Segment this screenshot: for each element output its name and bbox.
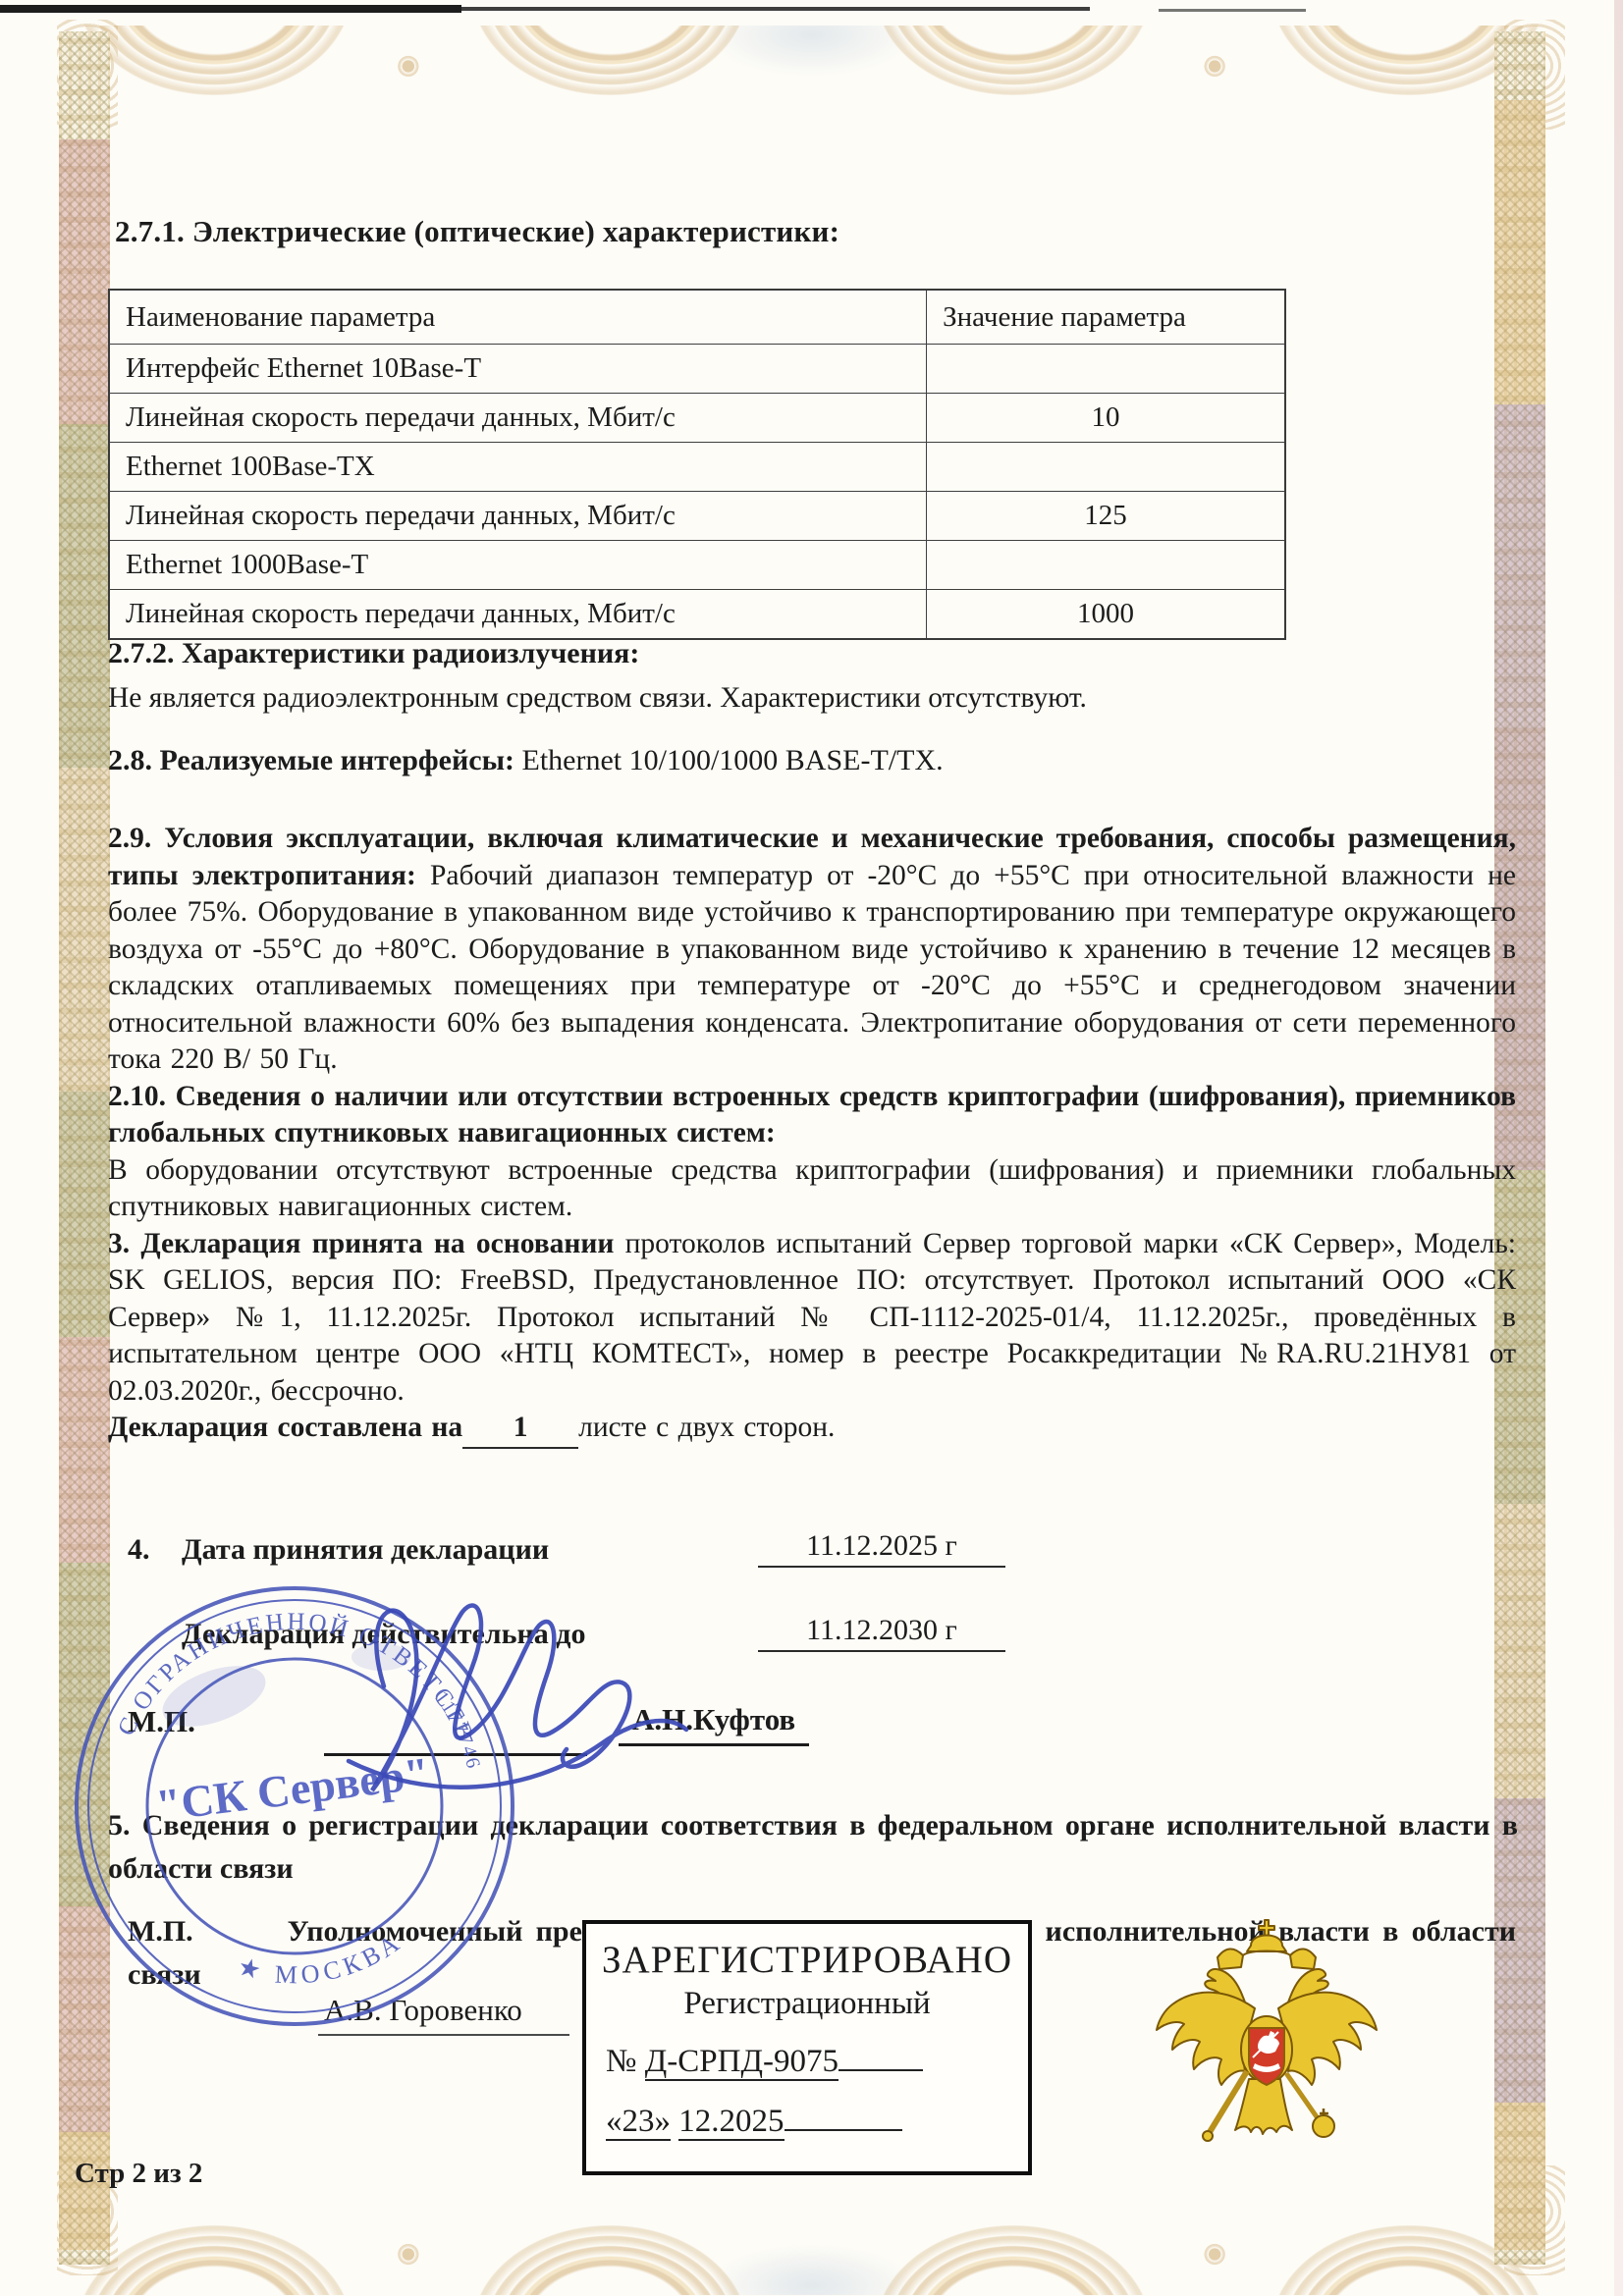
scan-artifact-line: [0, 5, 461, 13]
section-272-body: Не является радиоэлектронным средством с…: [108, 677, 1516, 719]
border-segment: [59, 1337, 110, 1563]
blank-underline: [784, 2129, 902, 2131]
border-segment: [1494, 1504, 1545, 1798]
table-row: Линейная скорость передачи данных, Мбит/…: [109, 492, 1285, 541]
blank-underline: [839, 2069, 923, 2071]
table-cell-param: Ethernet 1000Base-T: [109, 541, 927, 590]
section-28-label: 2.8. Реализуемые интерфейсы:: [108, 744, 514, 776]
table-cell-value: [927, 443, 1285, 492]
border-segment: [59, 1092, 110, 1337]
registration-number-line: № Д-СРПД-9075: [606, 2044, 1028, 2080]
table-row: Ethernet 100Base-TX: [109, 443, 1285, 492]
table-row: Ethernet 1000Base-T: [109, 541, 1285, 590]
date-accepted-label: Дата принятия декларации: [182, 1533, 549, 1567]
table-cell-param: Линейная скорость передачи данных, Мбит/…: [109, 492, 927, 541]
ornamental-band-top: [65, 26, 1558, 145]
page-edge-shadow: [1614, 0, 1623, 2296]
registration-date-line: «23» 12.2025: [606, 2104, 1028, 2140]
registration-label: Регистрационный: [586, 1986, 1028, 2022]
section-29-paragraph: 2.9. Условия эксплуатации, включая клима…: [108, 821, 1516, 1079]
table-row: Интерфейс Ethernet 10Base-T: [109, 345, 1285, 394]
border-segment: [59, 768, 110, 1092]
scan-artifact-line: [1159, 9, 1306, 12]
section-3-paragraph: 3. Декларация принята на основании прото…: [108, 1226, 1516, 1411]
section-29-body: Рабочий диапазон температур от -20°С до …: [108, 860, 1516, 1076]
registration-day: «23»: [606, 2104, 671, 2141]
sheets-suffix: листе с двух сторон.: [578, 1412, 835, 1443]
section-272-title: 2.7.2. Характеристики радиоизлучения:: [108, 630, 1516, 677]
handwritten-signature: [290, 1569, 702, 1824]
table-header-value: Значение параметра: [927, 290, 1285, 345]
table-cell-value: 125: [927, 492, 1285, 541]
registration-month-year: 12.2025: [678, 2104, 784, 2141]
table-cell-value: [927, 345, 1285, 394]
document-page: 2.7.1. Электрические (оптические) характ…: [0, 0, 1623, 2296]
characteristics-table: Наименование параметра Значение параметр…: [108, 289, 1286, 640]
table-cell-value: 10: [927, 394, 1285, 443]
section-28-body: Ethernet 10/100/1000 BASE-T/TX.: [522, 744, 944, 776]
number-sign: №: [606, 2044, 637, 2079]
registration-number: Д-СРПД-9075: [645, 2044, 839, 2081]
registration-stamp-box: ЗАРЕГИСТРИРОВАНО Регистрационный № Д-СРП…: [582, 1920, 1032, 2175]
russian-coat-of-arms-icon: [1145, 1914, 1388, 2179]
sheets-count: 1: [462, 1410, 578, 1449]
border-segment: [1494, 100, 1545, 404]
table-header-row: Наименование параметра Значение параметр…: [109, 290, 1285, 345]
stamp-city-text: ★ МОСКВА: [235, 1926, 408, 1989]
section-210-label: 2.10. Сведения о наличии или отсутствии …: [108, 1081, 1516, 1149]
section-271-title: 2.7.1. Электрические (оптические) характ…: [115, 214, 839, 249]
section-210-heading: 2.10. Сведения о наличии или отсутствии …: [108, 1079, 1516, 1152]
valid-until-value: 11.12.2030 г: [758, 1614, 1005, 1652]
date-accepted-value: 11.12.2025 г: [758, 1529, 1005, 1568]
border-segment: [59, 424, 110, 768]
sheets-line: Декларация составлена на1листе с двух ст…: [108, 1410, 1516, 1449]
section-210-body: В оборудовании отсутствуют встроенные ср…: [108, 1152, 1516, 1226]
ornamental-band-bottom: [65, 2175, 1558, 2295]
border-segment: [59, 2132, 110, 2250]
table-cell-value: [927, 541, 1285, 590]
table-header-param: Наименование параметра: [109, 290, 927, 345]
table-cell-param: Интерфейс Ethernet 10Base-T: [109, 345, 927, 394]
table-row: Линейная скорость передачи данных, Мбит/…: [109, 394, 1285, 443]
registered-title: ЗАРЕГИСТРИРОВАНО: [586, 1938, 1028, 1982]
sheets-label: Декларация составлена на: [108, 1412, 462, 1443]
scan-artifact-line: [461, 7, 1090, 11]
border-segment: [59, 139, 110, 424]
section-4-number: 4.: [128, 1533, 150, 1567]
border-segment: [1494, 2103, 1545, 2250]
table-cell-param: Ethernet 100Base-TX: [109, 443, 927, 492]
page-number: Стр 2 из 2: [75, 2158, 202, 2190]
representative-signature-rule: [318, 2034, 569, 2036]
table-cell-param: Линейная скорость передачи данных, Мбит/…: [109, 394, 927, 443]
section-3-label: 3. Декларация принята на основании: [108, 1228, 614, 1259]
